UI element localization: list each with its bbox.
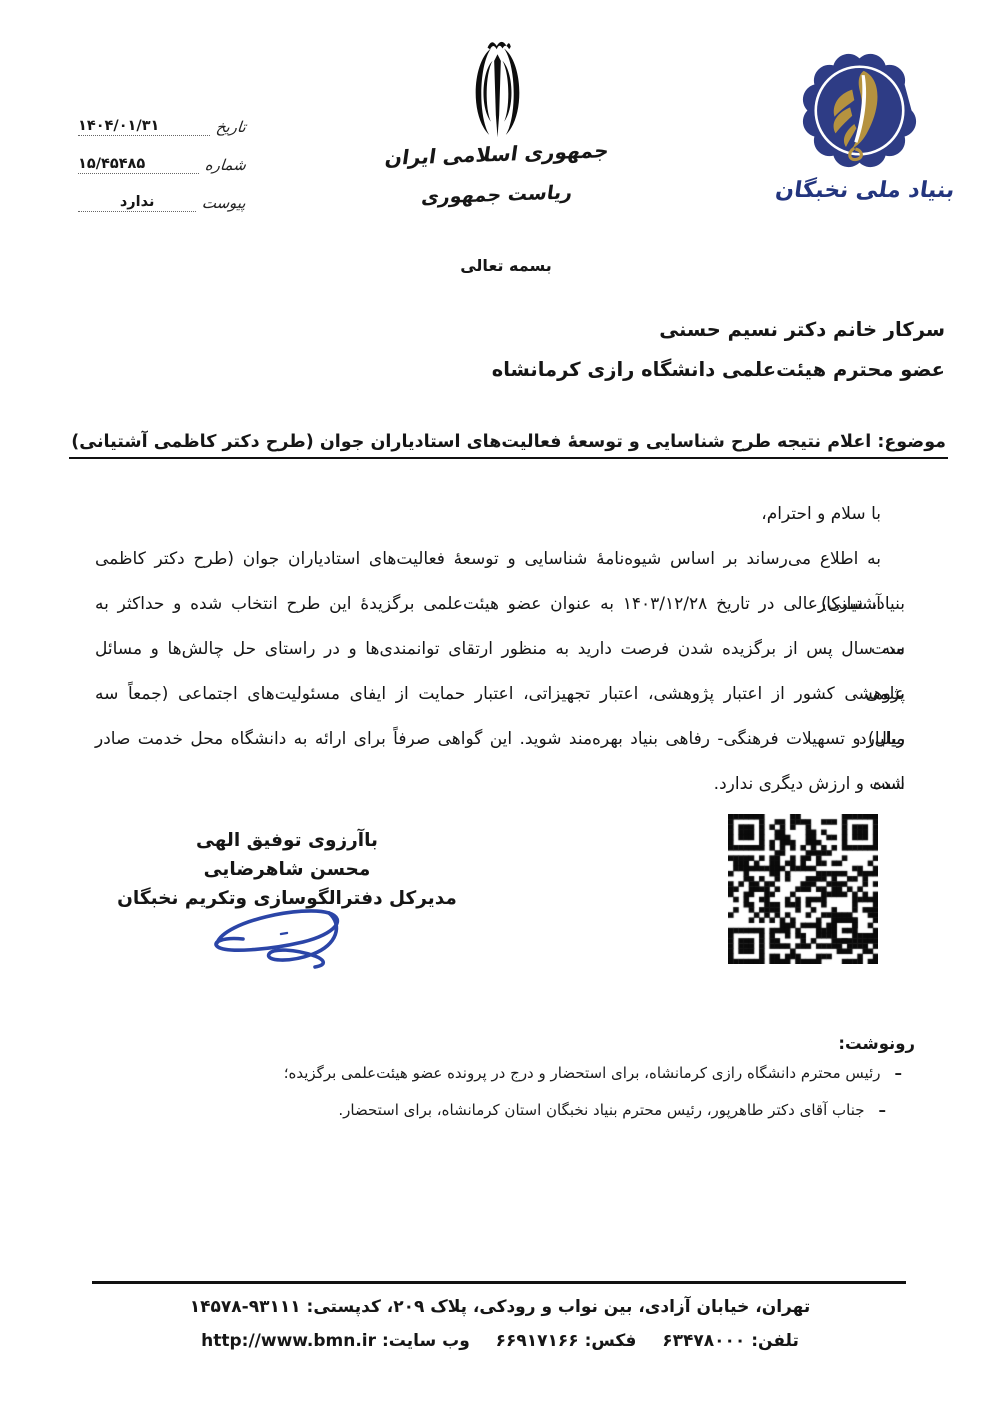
body-line: به اطلاع می‌رساند بر اساس شیوه‌نامۀ شناس… xyxy=(95,537,905,582)
body-line: ریال) و تسهیلات فرهنگی- رفاهی بنیاد بهره… xyxy=(95,717,905,762)
footer-postal-code: ۱۴۵۷۸-۹۳۱۱۱ xyxy=(190,1297,301,1317)
date-label: تاریخ xyxy=(209,118,247,136)
signature-wish: باآرزوی توفیق الهی xyxy=(112,826,462,855)
number-dotted-line: ۱۵/۴۵۴۸۵ xyxy=(78,153,199,174)
body-line: است و ارزش دیگری ندارد. xyxy=(95,762,905,807)
number-label: شماره xyxy=(198,156,247,174)
qr-code xyxy=(728,814,878,964)
presidency-header-text: ریاست جمهوری xyxy=(375,180,619,210)
handwritten-signature xyxy=(203,903,368,978)
subject-text: موضوع: اعلام نتیجه طرح شناسایی و توسعۀ ف… xyxy=(69,432,948,459)
recipient-title: عضو محترم هیئت‌علمی دانشگاه رازی کرمانشا… xyxy=(492,350,945,390)
footer-phone-label: تلفن: xyxy=(751,1331,799,1351)
number-value: ۱۵/۴۵۴۸۵ xyxy=(78,156,145,172)
date-value: ۱۴۰۴/۰۱/۳۱ xyxy=(78,118,159,134)
signature-block: باآرزوی توفیق الهی محسن شاهرضایی مدیرکل … xyxy=(112,826,462,913)
copy-item: – رئیس محترم دانشگاه رازی کرمانشاه، برای… xyxy=(284,1064,902,1082)
meta-number-row: شماره ۱۵/۴۵۴۸۵ xyxy=(78,136,246,174)
basmala-text: بسمه تعالی xyxy=(441,256,571,275)
attachment-value: ندارد xyxy=(120,194,155,210)
elites-foundation-logo-icon xyxy=(797,48,922,173)
copies-title: رونوشت: xyxy=(838,1034,915,1053)
body-line: پژوهشی کشور از اعتبار پژوهشی، اعتبار تجه… xyxy=(95,672,905,717)
footer-web-label: وب سایت: xyxy=(382,1331,470,1351)
footer-website-url: http://www.bmn.ir xyxy=(201,1331,376,1351)
footer-contact-line: تلفن: ۶۳۴۷۸۰۰۰ فکس: ۶۶۹۱۷۱۶۶ وب سایت: ht… xyxy=(95,1331,905,1351)
body-line: بنیاد، سرکارعالی در تاریخ ۱۴۰۳/۱۲/۲۸ به … xyxy=(95,582,905,627)
subject-line: موضوع: اعلام نتیجه طرح شناسایی و توسعۀ ف… xyxy=(48,432,948,459)
signer-name: محسن شاهرضایی xyxy=(112,855,462,884)
salutation: با سلام و احترام، xyxy=(95,492,905,537)
meta-date-row: تاریخ ۱۴۰۴/۰۱/۳۱ xyxy=(78,98,246,136)
meta-attachment-row: پیوست ندارد xyxy=(78,174,246,212)
copy-item-text: رئیس محترم دانشگاه رازی کرمانشاه، برای ا… xyxy=(284,1064,881,1082)
letter-body: با سلام و احترام، به اطلاع می‌رساند بر ا… xyxy=(95,492,905,807)
footer-phone: ۶۳۴۷۸۰۰۰ xyxy=(662,1331,745,1351)
footer-address: تهران، خیابان آزادی، بین نواب و رودکی، پ… xyxy=(307,1297,811,1317)
footer-fax-label: فکس: xyxy=(585,1331,637,1351)
footer-divider xyxy=(92,1281,906,1284)
attachment-dotted-line: ندارد xyxy=(78,191,196,212)
copy-item: – جناب آقای دکتر طاهرپور، رئیس محترم بنی… xyxy=(338,1101,902,1119)
recipient-block: سرکار خانم دکتر نسیم حسنی عضو محترم هیئت… xyxy=(492,310,945,390)
footer-fax: ۶۶۹۱۷۱۶۶ xyxy=(496,1331,579,1351)
body-line: سه سال پس از برگزیده شدن فرصت دارید به م… xyxy=(95,627,905,672)
copy-item-dash: – xyxy=(895,1064,903,1082)
republic-header-text: جمهوری اسلامی ایران xyxy=(375,138,620,170)
foundation-name-text: بنیاد ملی نخبگان xyxy=(768,178,962,203)
copy-item-text: جناب آقای دکتر طاهرپور، رئیس محترم بنیاد… xyxy=(338,1101,864,1119)
letter-meta-block: تاریخ ۱۴۰۴/۰۱/۳۱ شماره ۱۵/۴۵۴۸۵ پیوست ند… xyxy=(78,98,246,212)
iran-emblem-icon xyxy=(440,36,555,144)
copy-item-dash: – xyxy=(879,1101,887,1119)
footer-address-line: تهران، خیابان آزادی، بین نواب و رودکی، پ… xyxy=(95,1297,905,1317)
recipient-name: سرکار خانم دکتر نسیم حسنی xyxy=(492,310,945,350)
attachment-label: پیوست xyxy=(195,194,247,212)
letter-page: تاریخ ۱۴۰۴/۰۱/۳۱ شماره ۱۵/۴۵۴۸۵ پیوست ند… xyxy=(0,0,1000,1414)
date-dotted-line: ۱۴۰۴/۰۱/۳۱ xyxy=(78,115,210,136)
